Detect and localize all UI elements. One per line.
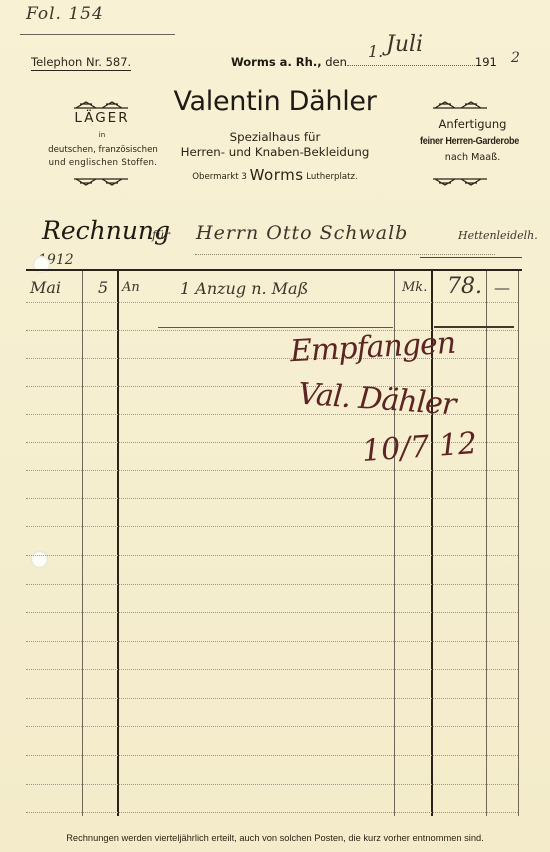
entry-day: 5 bbox=[98, 278, 108, 297]
tailoring-title: Anfertigung bbox=[400, 117, 545, 131]
column-divider-day bbox=[117, 271, 119, 816]
date-day-handwritten: 1. bbox=[368, 42, 383, 61]
column-divider-amount bbox=[486, 271, 487, 816]
entry-pfennig: — bbox=[494, 278, 510, 297]
recipient-place: Hettenleidelh. bbox=[458, 229, 538, 242]
column-divider-month bbox=[82, 271, 83, 816]
ornament-icon bbox=[431, 178, 489, 184]
ornament-icon bbox=[72, 101, 130, 107]
invoice-page: Fol. 154 Telephon Nr. 587. Worms a. Rh.,… bbox=[0, 0, 550, 852]
tailoring-line-3: nach Maaß. bbox=[400, 152, 545, 163]
table-row-line bbox=[26, 726, 518, 727]
receipt-date: 10/7 12 bbox=[361, 426, 478, 469]
address-square: Lutherplatz. bbox=[306, 172, 357, 182]
address-city: Worms bbox=[250, 166, 304, 184]
description-rule bbox=[158, 327, 393, 328]
folio-number: Fol. 154 bbox=[26, 4, 104, 24]
company-name: Valentin Dähler bbox=[150, 86, 400, 117]
table-row-line bbox=[26, 669, 518, 670]
invoice-for-label: für bbox=[152, 228, 170, 242]
folio-rule bbox=[20, 34, 175, 35]
table-row-line bbox=[26, 755, 518, 756]
lager-title: LÄGER bbox=[40, 110, 164, 126]
table-row-line bbox=[26, 302, 518, 303]
recipient-dotted-line bbox=[195, 254, 495, 255]
lager-in: in bbox=[40, 131, 164, 139]
date-prefix: den bbox=[325, 55, 347, 69]
table-row-line bbox=[26, 612, 518, 613]
company-subtitle-2: Herren- und Knaben-Bekleidung bbox=[150, 145, 400, 159]
punch-hole bbox=[31, 551, 48, 568]
table-row-line bbox=[26, 498, 518, 499]
column-divider-pf bbox=[518, 271, 519, 816]
entry-month: Mai bbox=[30, 278, 61, 297]
table-row-line bbox=[26, 470, 518, 471]
year-handwritten-digit: 2 bbox=[511, 50, 520, 66]
table-row-line bbox=[26, 698, 518, 699]
ornament-icon bbox=[431, 101, 489, 107]
table-row-line bbox=[26, 526, 518, 527]
company-address: Obermarkt 3 Worms Lutherplatz. bbox=[150, 166, 400, 184]
recipient-place-rule bbox=[420, 257, 522, 258]
table-top-rule bbox=[26, 269, 522, 271]
table-row-line bbox=[26, 641, 518, 642]
entry-amount: 78. bbox=[447, 274, 482, 299]
entry-description: 1 Anzug n. Maß bbox=[180, 279, 308, 298]
footer-note: Rechnungen werden vierteljährlich erteil… bbox=[0, 833, 550, 843]
recipient-name: Herrn Otto Schwalb bbox=[196, 222, 408, 244]
year-printed: 191 bbox=[475, 55, 497, 69]
table-row-line bbox=[26, 584, 518, 585]
tailoring-line-2: feiner Herren-Garderobe bbox=[403, 135, 536, 147]
date-month-handwritten: Juli bbox=[386, 32, 423, 57]
table-row-line bbox=[26, 555, 518, 556]
telephone-number: Telephon Nr. 587. bbox=[31, 55, 131, 71]
date-line: Worms a. Rh., den191 bbox=[231, 55, 497, 69]
table-row-line bbox=[26, 784, 518, 785]
invoice-heading: Rechnung bbox=[42, 216, 170, 245]
ornament-icon bbox=[72, 178, 130, 184]
date-city: Worms a. Rh., bbox=[231, 55, 322, 69]
company-subtitle-1: Spezialhaus für bbox=[150, 130, 400, 144]
entry-currency: Mk. bbox=[402, 280, 427, 295]
table-row-line bbox=[26, 812, 518, 813]
entry-prefix: An bbox=[122, 280, 140, 295]
address-street: Obermarkt 3 bbox=[192, 172, 247, 182]
